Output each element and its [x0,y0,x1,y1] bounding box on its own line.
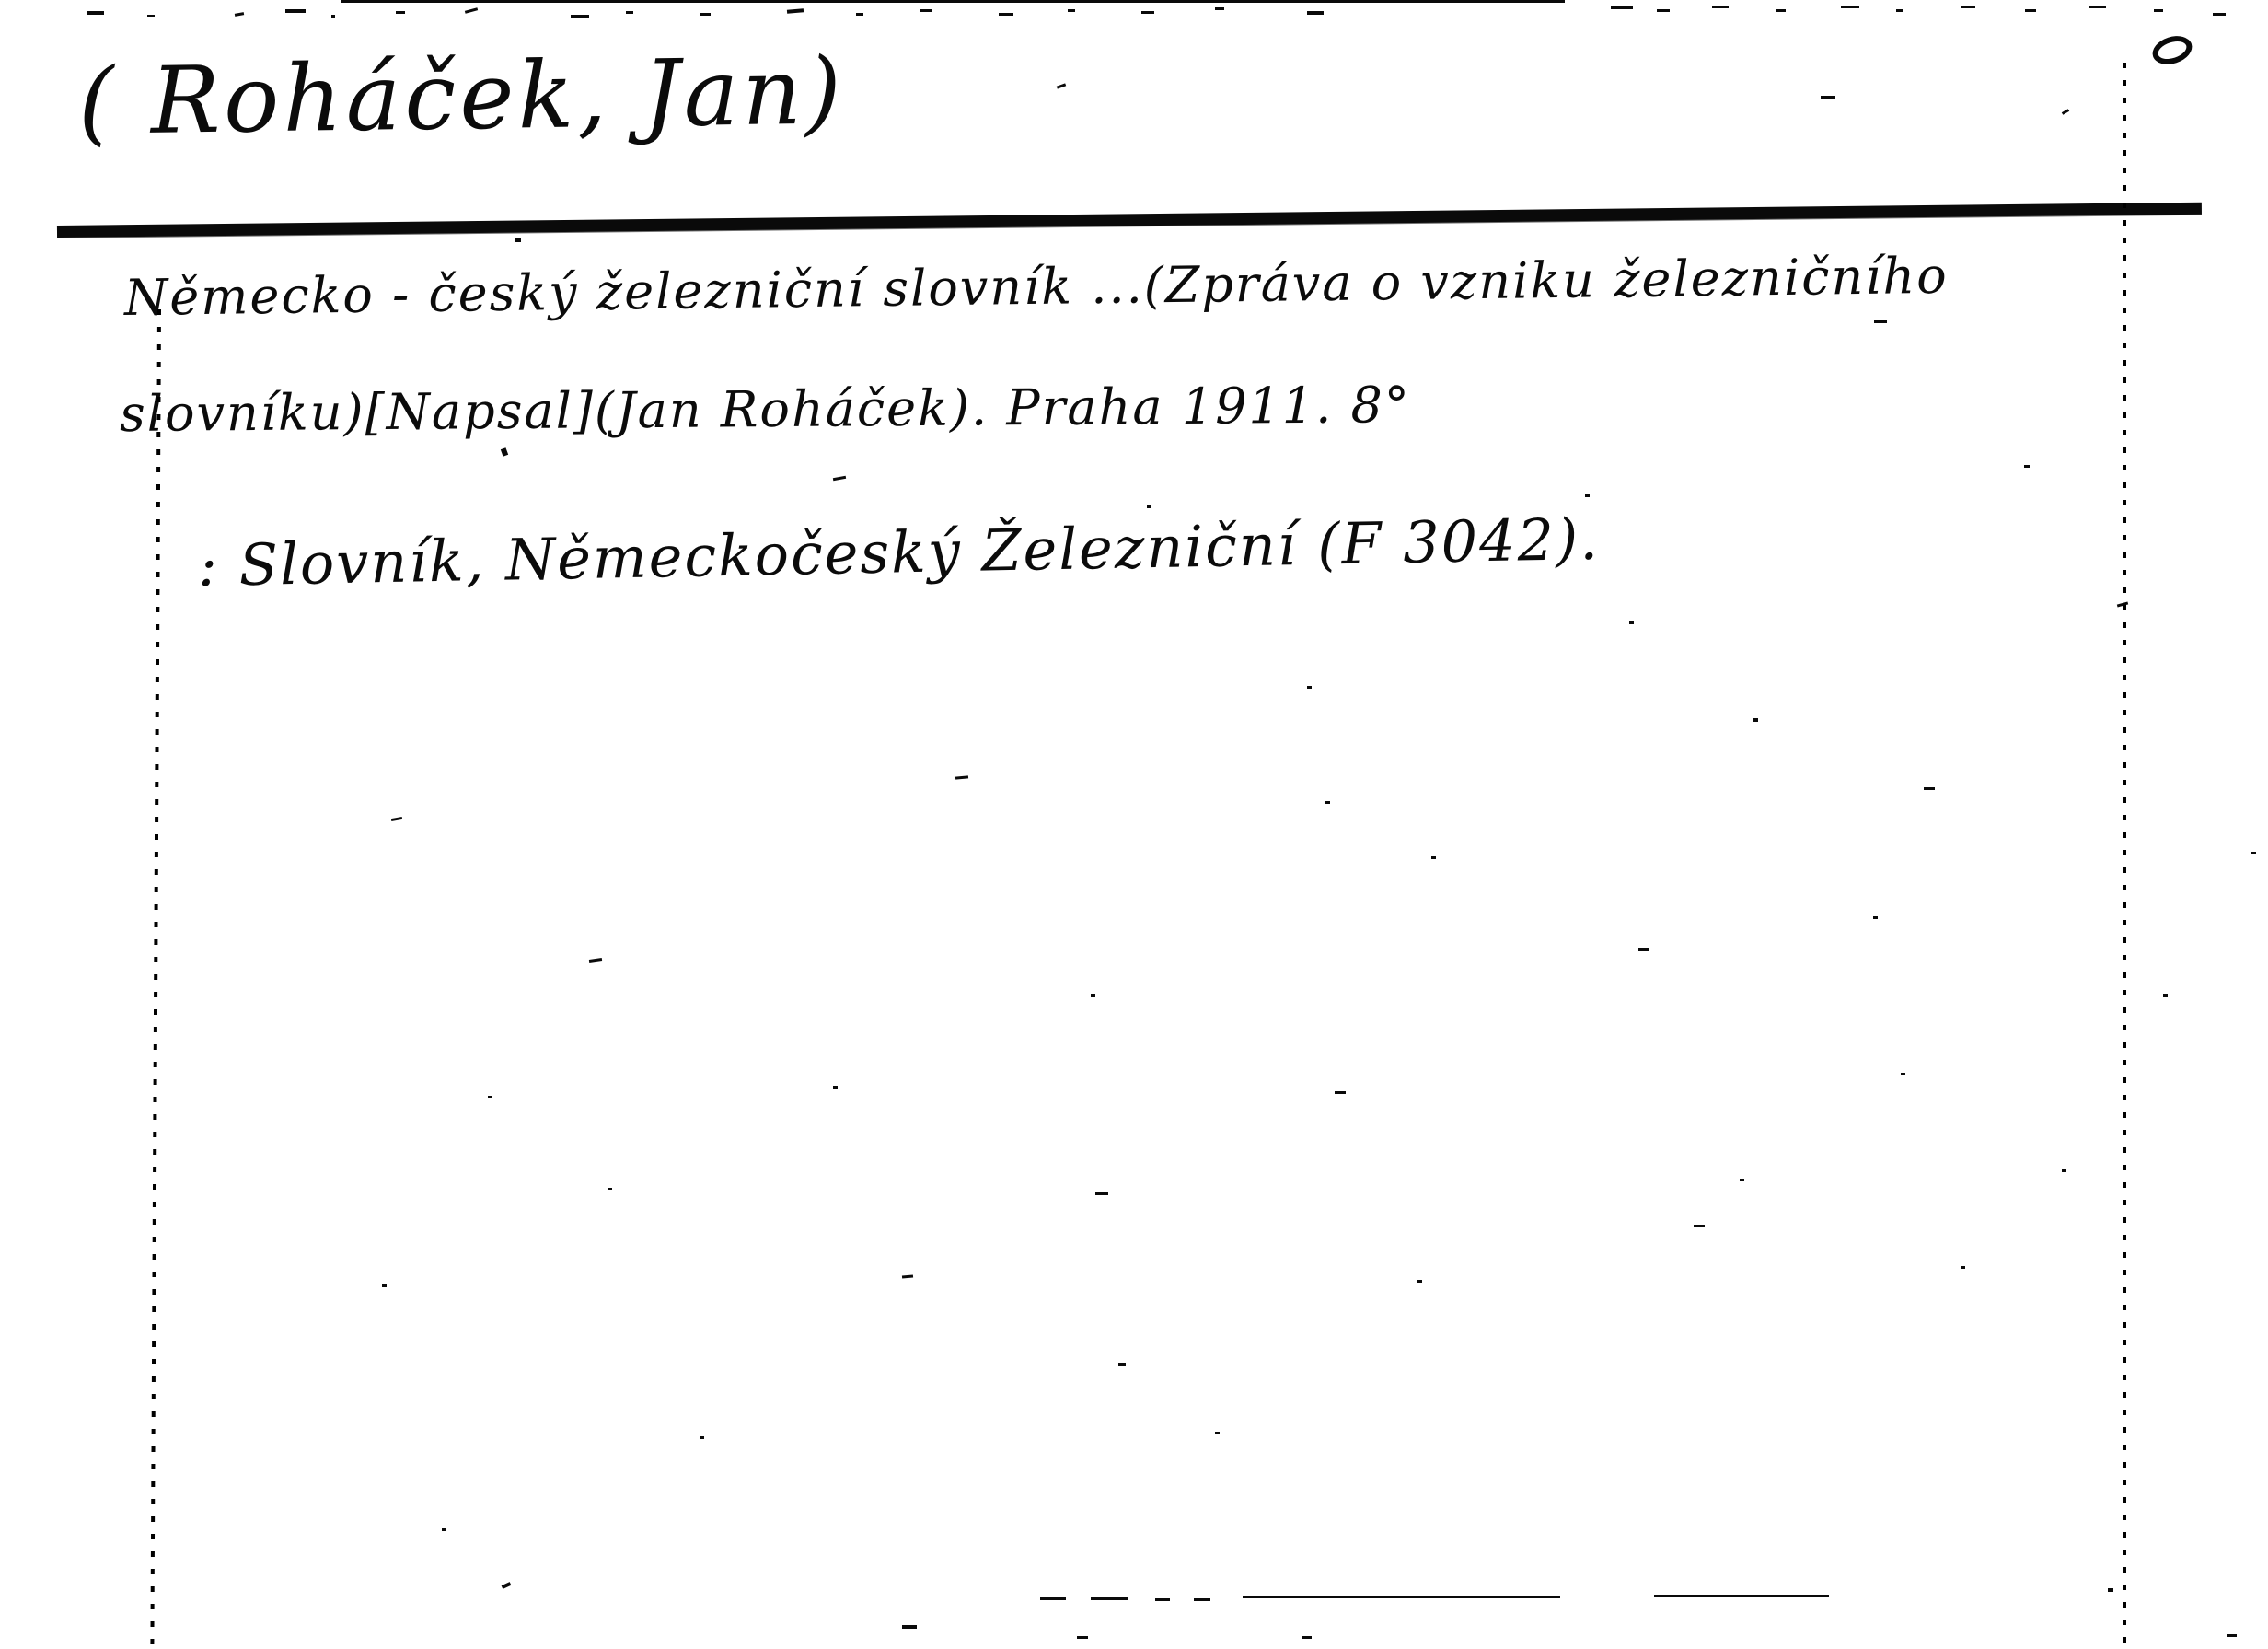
scan-noise-mark [589,958,602,963]
scan-noise-mark [2089,6,2106,8]
scan-noise-mark [1638,948,1649,951]
scan-noise-mark [1431,856,1436,859]
scan-noise-mark [87,11,104,15]
scan-noise-mark [2227,1634,2237,1637]
scan-noise-mark [2024,465,2030,468]
scan-noise-mark [1068,9,1075,12]
scan-noise-mark [515,238,521,242]
scan-noise-mark [1874,320,1887,323]
scan-noise-mark [833,1086,838,1089]
scan-noise-mark [1841,6,1859,8]
scan-noise-mark [1629,621,1634,624]
scan-noise-mark [700,1436,704,1439]
scan-noise-mark [1694,1225,1705,1227]
scan-noise-mark [787,8,804,14]
scan-noise-mark [626,11,633,14]
scan-noise-line [1155,1598,1170,1601]
scan-noise-mark [396,11,405,14]
scan-noise-mark [1147,505,1151,508]
scan-noise-mark [235,12,244,17]
scan-noise-mark [1307,11,1324,15]
scan-noise-mark [856,13,863,16]
scan-noise-mark [1753,718,1758,722]
scan-noise-mark [955,775,968,779]
scan-noise-mark [1307,686,1312,689]
scan-noise-mark [700,13,711,16]
left-card-edge-dotted-line [150,309,161,1649]
scan-noise-mark [1901,1073,1905,1075]
scan-noise-mark [2213,13,2226,16]
scan-noise-mark [1095,1192,1108,1195]
scan-noise-mark [1141,11,1154,14]
scan-noise-mark [1302,1636,1312,1639]
title-line-1: Německo - český železniční slovník ...(Z… [124,247,1949,327]
scan-noise-mark [2062,109,2069,115]
scan-noise-line [1040,1597,1066,1600]
handwritten-o-mark [2149,31,2196,69]
scan-noise-mark [1961,1266,1965,1269]
scan-noise-mark [465,7,478,14]
scan-noise-mark [833,476,846,481]
scan-noise-mark [1873,916,1878,919]
scan-noise-mark [902,1274,913,1278]
scan-noise-mark [391,817,402,821]
scan-noise-mark [382,1284,387,1287]
scan-noise-mark [1611,6,1633,9]
scan-noise-line [341,0,1565,3]
scan-noise-mark [501,447,508,457]
scan-noise-mark [1325,801,1330,804]
scan-noise-mark [331,15,335,18]
scan-noise-line [1194,1598,1210,1601]
scan-noise-mark [1215,1432,1220,1434]
scan-noise-mark [147,15,155,17]
heading-rule [57,203,2202,238]
scan-noise-mark [1776,9,1786,12]
scan-noise-mark [2154,9,2163,12]
scan-noise-mark [1657,9,1670,12]
card-heading-author: ( Roháček, Jan) [77,37,845,156]
scan-noise-line [1091,1597,1128,1600]
scan-noise-mark [488,1096,492,1098]
right-card-edge-dotted-line [2123,63,2126,1649]
scan-noise-mark [1417,1280,1422,1283]
scan-noise-line [1654,1595,1829,1597]
scan-noise-mark [999,13,1013,16]
subject-entry-line: : Slovník, Německočeský Železniční (F 30… [197,505,1600,599]
scan-noise-mark [1712,6,1729,8]
scan-noise-mark [920,9,931,12]
scan-noise-mark [2062,1169,2066,1172]
scan-noise-mark [1215,7,1224,10]
scan-noise-mark [442,1528,446,1531]
scan-noise-line [1243,1596,1560,1598]
scan-noise-mark [1118,1363,1126,1366]
scan-noise-mark [2108,1588,2113,1592]
scan-noise-mark [1091,994,1095,997]
scan-noise-mark [1077,1636,1088,1639]
scan-noise-mark [1924,787,1935,790]
scan-noise-mark [1057,83,1066,88]
scan-noise-mark [502,1582,512,1589]
title-line-2: slovníku)[Napsal](Jan Roháček). Praha 19… [120,376,1411,443]
scan-noise-mark [607,1188,612,1190]
scan-noise-mark [1335,1091,1346,1094]
scan-noise-mark [1821,96,1835,99]
scan-noise-mark [2251,852,2256,854]
scan-noise-mark [1961,6,1975,8]
scan-noise-mark [1896,9,1903,12]
scan-noise-mark [571,15,589,18]
scan-noise-mark [2025,9,2036,12]
scan-noise-mark [902,1625,917,1629]
catalog-card-scan: ( Roháček, Jan) Německo - český železnič… [0,0,2268,1649]
scan-noise-mark [1585,494,1590,497]
scan-noise-mark [1740,1179,1744,1181]
scan-noise-mark [285,9,306,13]
scan-noise-mark [2163,994,2168,997]
